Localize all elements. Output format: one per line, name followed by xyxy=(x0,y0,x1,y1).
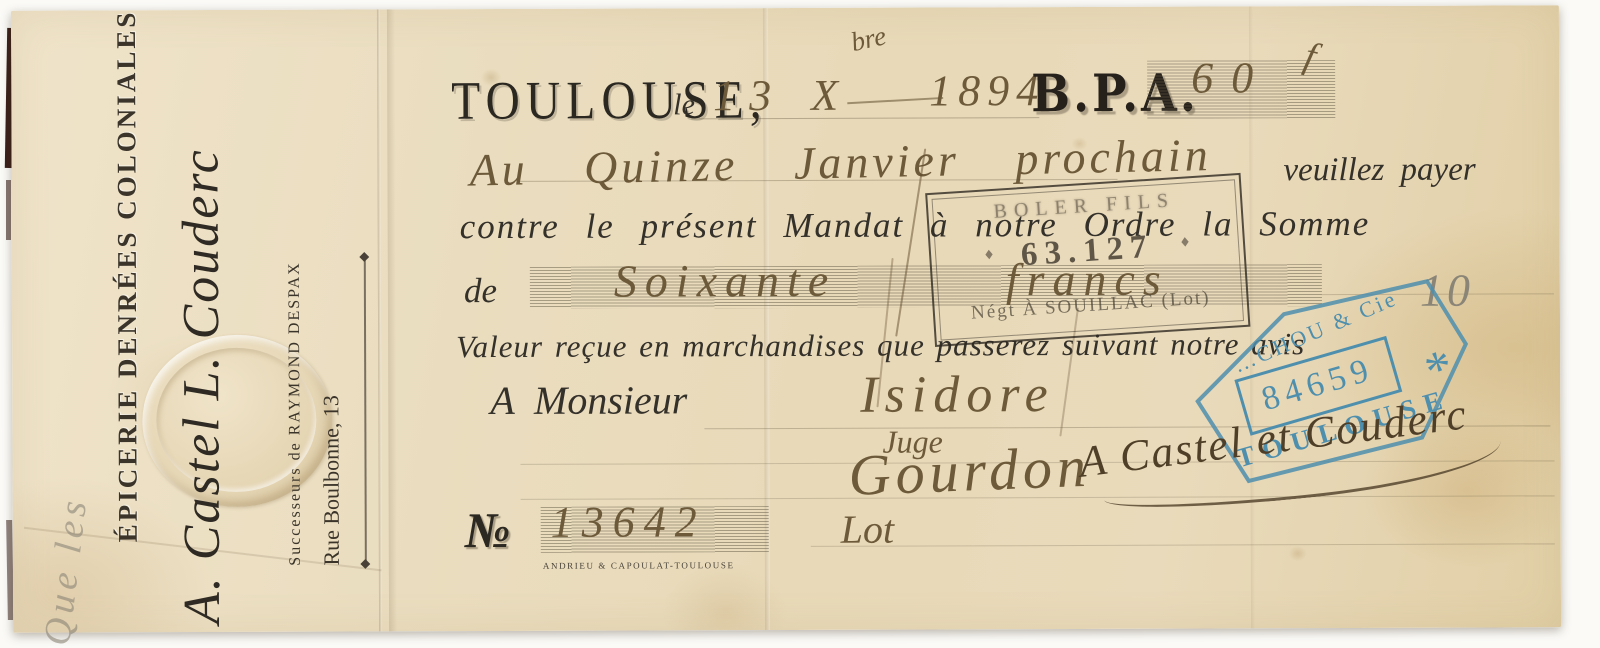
backing-sliver-mid xyxy=(6,180,11,240)
ruled-line-4 xyxy=(811,543,1555,547)
amount-figures-band: 60 f xyxy=(1147,60,1335,119)
stub-ornament-rule xyxy=(364,257,367,563)
black-receiving-stamp: BOLER FILS ♦ 63.127 ♦ Négt À SOUILLAC (L… xyxy=(925,173,1250,347)
numero-label: № xyxy=(465,501,511,559)
printer-credit: ANDRIEU & CAPOULAT-TOULOUSE xyxy=(543,560,735,571)
payee-city: Gourdon xyxy=(847,433,1092,509)
payer-printed: veuillez payer xyxy=(1283,152,1475,190)
monsieur-printed: A Monsieur xyxy=(490,376,687,424)
amount-figures: 60 xyxy=(1191,52,1271,103)
date-day: 13 xyxy=(713,70,785,121)
numero-band: 13642 xyxy=(541,506,769,553)
amount-flourish: f xyxy=(1300,34,1321,79)
fold-crease-stub-shade xyxy=(387,9,397,631)
date-year: 1894 xyxy=(929,65,1045,116)
pencil-note: Que les xyxy=(35,375,111,648)
stamp-ornament-left: ♦ xyxy=(983,248,996,264)
le-label: le xyxy=(673,88,695,122)
date-month-superscript: bre xyxy=(848,20,889,58)
document-paper: Que les ÉPICERIE DENRÉES COLONIALES A. C… xyxy=(11,5,1561,632)
payee-name: Isidore xyxy=(860,365,1055,425)
stub-company-name: A. Castel L. Couderc xyxy=(171,34,232,624)
stub-successors-line: Successeurs de RAYMOND DESPAX xyxy=(285,154,304,566)
numero-value: 13642 xyxy=(551,496,706,548)
date-month: X xyxy=(811,70,838,121)
de-printed: de xyxy=(464,271,497,311)
fold-crease-stub xyxy=(377,9,382,631)
stub-address-line: Rue Boulbonne, 13 xyxy=(318,244,345,566)
stamp-ornament-right: ♦ xyxy=(1179,235,1192,251)
scan-photo: Que les ÉPICERIE DENRÉES COLONIALES A. C… xyxy=(0,0,1600,648)
stub-category-line: ÉPICERIE DENRÉES COLONIALES xyxy=(111,102,144,542)
ornament-diamond-top xyxy=(359,252,369,262)
